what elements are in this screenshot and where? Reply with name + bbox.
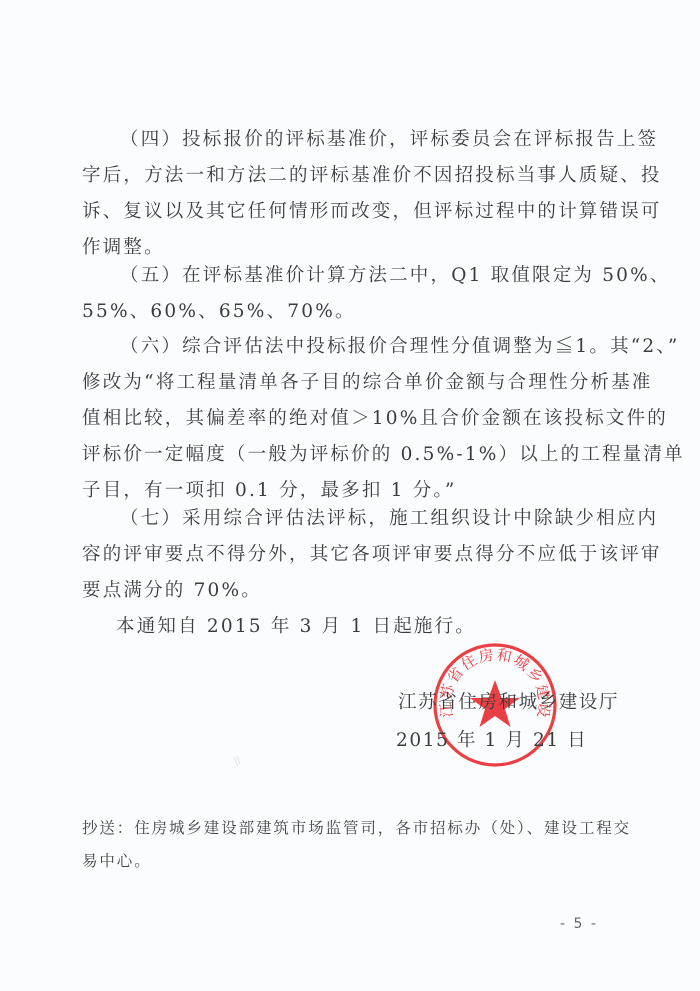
paragraph-item-4-line-3: 诉、复议以及其它任何情形而改变，但评标过程中的计算错误可 (82, 200, 622, 224)
signature-date: 2015 年 1 月 21 日 (396, 729, 587, 753)
paragraph-item-6-line-4: 评标价一定幅度（一般为评标价的 0.5%-1%）以上的工程量清单 (82, 443, 622, 467)
cc-line-1: 抄送：住房城乡建设部建筑市场监管司，各市招标办（处）、建设工程交 (82, 818, 631, 838)
paragraph-item-5-line-1: （五）在评标基准价计算方法二中，Q1 取值限定为 50%、 (120, 264, 620, 288)
paragraph-item-4-line-2: 字后，方法一和方法二的评标基准价不因招投标当事人质疑、投 (82, 164, 622, 188)
signature-organization: 江苏省住房和城乡建设厅 (398, 691, 619, 715)
page-number: - 5 - (560, 916, 598, 932)
paragraph-item-4-line-1: （四）投标报价的评标基准价，评标委员会在评标报告上签 (120, 128, 620, 152)
paragraph-item-7-line-2: 容的评审要点不得分外，其它各项评审要点得分不应低于该评审 (82, 543, 622, 567)
paragraph-item-6-line-2: 修改为“将工程量清单各子目的综合单价金额与合理性分析基准 (82, 371, 622, 395)
scan-artifact-icon (232, 755, 242, 769)
cc-line-2: 易中心。 (82, 851, 152, 871)
paragraph-item-7-line-3: 要点满分的 70%。 (82, 579, 622, 603)
paragraph-item-6-line-1: （六）综合评估法中投标报价合理性分值调整为≦1。其“2、” (120, 335, 620, 359)
effective-date-line: 本通知自 2015 年 3 月 1 日起施行。 (116, 615, 656, 639)
paragraph-item-6-line-3: 值相比较，其偏差率的绝对值＞10%且合价金额在该投标文件的 (82, 407, 622, 431)
paragraph-item-7-line-1: （七）采用综合评估法评标，施工组织设计中除缺少相应内 (120, 507, 620, 531)
document-page: （四）投标报价的评标基准价，评标委员会在评标报告上签 字后，方法一和方法二的评标… (0, 0, 700, 991)
paragraph-item-5-line-2: 55%、60%、65%、70%。 (82, 300, 622, 324)
paragraph-item-6-line-5: 子目，有一项扣 0.1 分，最多扣 1 分。” (82, 479, 622, 503)
paragraph-item-4-line-4: 作调整。 (82, 236, 622, 260)
